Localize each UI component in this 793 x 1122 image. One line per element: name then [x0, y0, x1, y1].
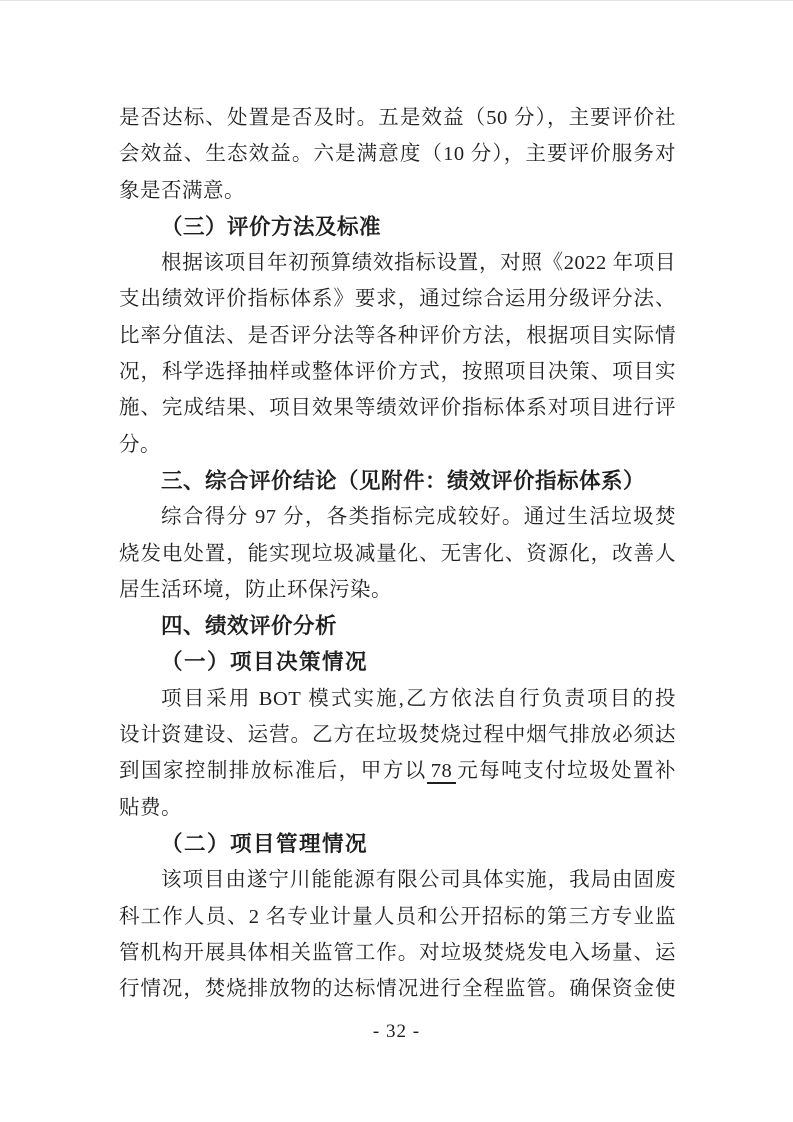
body-text-line: 设计、建设、运营。乙方在垃圾焚烧过程中烟气排放必须达: [119, 717, 676, 753]
heading-project-decision: （一）项目决策情况: [119, 644, 676, 680]
body-text-segment: 到国家控制排放标准后，甲方以: [119, 760, 427, 782]
body-text-line: 施、完成结果、项目效果等绩效评价指标体系对项目进行评: [119, 390, 676, 426]
body-text-line: 支出绩效评价指标体系》要求，通过综合运用分级评分法、: [119, 281, 676, 317]
page-body: 是否达标、处置是否及时。五是效益（50 分），主要评价社 会效益、生态效益。六是…: [119, 100, 676, 1007]
body-text-line: 贴费。: [119, 790, 676, 826]
body-text-line: 象是否满意。: [119, 173, 676, 209]
body-text-line: 会效益、生态效益。六是满意度（10 分），主要评价服务对: [119, 136, 676, 172]
body-text-line: 比率分值法、是否评分法等各种评价方法，根据项目实际情: [119, 318, 676, 354]
heading-evaluation-method-standards: （三）评价方法及标准: [119, 209, 676, 245]
body-text-line: 该项目由遂宁川能能源有限公司具体实施，我局由固废: [119, 862, 676, 898]
body-text-line: 是否达标、处置是否及时。五是效益（50 分），主要评价社: [119, 100, 676, 136]
underlined-price-value: 78: [427, 760, 457, 784]
heading-project-management: （二）项目管理情况: [119, 826, 676, 862]
body-text-line: 综合得分 97 分，各类指标完成较好。通过生活垃圾焚: [119, 499, 676, 535]
body-text-line: 分。: [119, 427, 676, 463]
body-text-line: 科工作人员、2 名专业计量人员和公开招标的第三方专业监: [119, 899, 676, 935]
heading-comprehensive-evaluation-conclusion: 三、综合评价结论（见附件：绩效评价指标体系）: [119, 463, 676, 499]
heading-performance-evaluation-analysis: 四、绩效评价分析: [119, 608, 676, 644]
body-text-line: 管机构开展具体相关监管工作。对垃圾焚烧发电入场量、运: [119, 935, 676, 971]
body-text-line-with-underline: 到国家控制排放标准后，甲方以78元每吨支付垃圾处置补: [119, 753, 676, 789]
body-text-line: 烧发电处置，能实现垃圾减量化、无害化、资源化，改善人: [119, 536, 676, 572]
body-text-line: 居生活环境，防止环保污染。: [119, 572, 676, 608]
page-number: - 32 -: [373, 1021, 420, 1042]
body-text-line: 项目采用 BOT 模式实施,乙方依法自行负责项目的投资、: [119, 681, 676, 717]
body-text-line: 况，科学选择抽样或整体评价方式，按照项目决策、项目实: [119, 354, 676, 390]
body-text-line: 行情况，焚烧排放物的达标情况进行全程监管。确保资金使: [119, 971, 676, 1007]
body-text-line: 根据该项目年初预算绩效指标设置，对照《2022 年项目: [119, 245, 676, 281]
document-page: 是否达标、处置是否及时。五是效益（50 分），主要评价社 会效益、生态效益。六是…: [0, 0, 793, 1122]
page-footer: - 32 -: [0, 1021, 793, 1043]
body-text-segment: 元每吨支付垃圾处置补: [456, 760, 676, 782]
